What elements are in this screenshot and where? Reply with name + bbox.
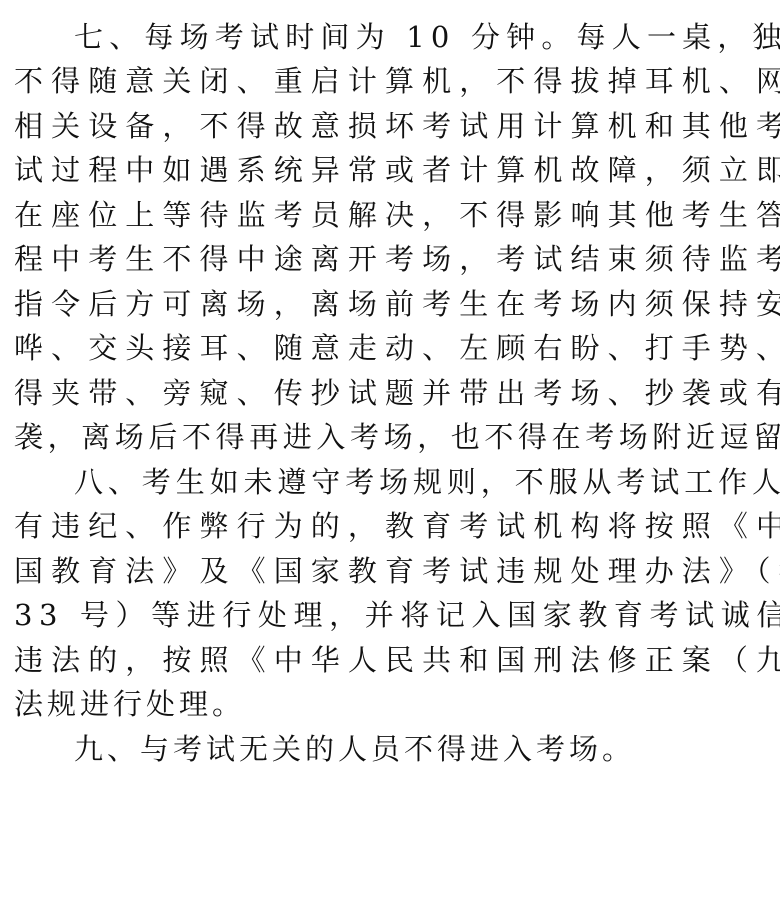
paragraph-line: 在座位上等待监考员解决，不得影响其他考生答题。考试过 <box>14 195 780 235</box>
paragraph-line: 相关设备，不得故意损坏考试用计算机和其他考场设施。考 <box>14 106 780 146</box>
paragraph-line: 得夹带、旁窥、传抄试题并带出考场、抄袭或有意让他人抄 <box>14 373 780 413</box>
paragraph-line: 七、每场考试时间为 10 分钟。每人一桌，独立答题。 <box>74 17 780 57</box>
paragraph-line: 指令后方可离场，离场前考生在考场内须保持安静，不准喧 <box>14 284 780 324</box>
paragraph-line: 程中考生不得中途离开考场，考试结束须待监考员发布离场 <box>14 239 780 279</box>
paragraph-line: 九、与考试无关的人员不得进入考场。 <box>74 729 635 769</box>
paragraph-line: 八、考生如未遵守考场规则，不服从考试工作人员管理， <box>74 462 780 502</box>
paragraph-line: 试过程中如遇系统异常或者计算机故障，须立即举手示意， <box>14 150 780 190</box>
paragraph-line: 违法的，按照《中华人民共和国刑法修正案（九）》及有关 <box>14 640 780 680</box>
paragraph-line: 法规进行处理。 <box>14 684 245 724</box>
paragraph-line: 国教育法》及《国家教育考试违规处理办法》（教育部令第 <box>14 551 780 591</box>
paragraph-line: 33 号）等进行处理，并将记入国家教育考试诚信档案；涉嫌 <box>14 595 780 635</box>
paragraph-line: 不得随意关闭、重启计算机，不得拔掉耳机、网线、电源等 <box>14 61 780 101</box>
paragraph-line: 有违纪、作弊行为的，教育考试机构将按照《中华人民共和 <box>14 506 780 546</box>
document-page: 七、每场考试时间为 10 分钟。每人一桌，独立答题。 不得随意关闭、重启计算机，… <box>0 0 780 918</box>
paragraph-line: 袭，离场后不得再进入考场，也不得在考场附近逗留或交谈。 <box>14 417 780 457</box>
paragraph-line: 哗、交头接耳、随意走动、左顾右盼、打手势、做暗号，不 <box>14 328 780 368</box>
